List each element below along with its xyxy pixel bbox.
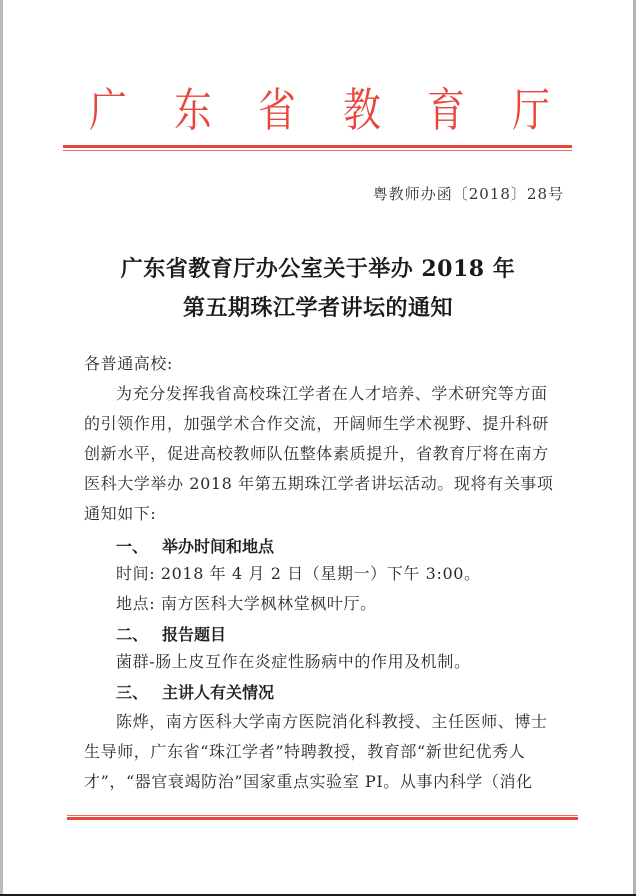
section-title: 主讲人有关情况 <box>162 683 274 702</box>
section-heading-time-place: 一、举办时间和地点 <box>116 534 274 557</box>
document-number: 粤教师办函〔2018〕28号 <box>373 183 564 204</box>
document-title-line-1: 广东省教育厅办公室关于举办 2018 年 <box>0 252 636 283</box>
section-number: 二、 <box>116 625 148 644</box>
section-title: 举办时间和地点 <box>162 537 274 556</box>
letterhead-char: 厅 <box>512 80 550 140</box>
letterhead-rule-thin <box>63 150 572 151</box>
intro-line: 创新水平，促进高校教师队伍整体素质提升，省教育厅将在南方 <box>84 444 549 464</box>
letterhead-char: 广 <box>89 80 127 140</box>
letterhead-char: 东 <box>174 80 212 140</box>
letterhead-char: 育 <box>428 80 466 140</box>
intro-line: 通知如下: <box>84 504 156 524</box>
intro-line: 的引领作用，加强学术合作交流，开阔师生学术视野、提升科研 <box>84 414 549 434</box>
speaker-bio-line: 才”，“器官衰竭防治”国家重点实验室 PI。从事内科学（消化 <box>84 772 533 792</box>
event-location: 地点: 南方医科大学枫林堂枫叶厅。 <box>116 594 377 614</box>
event-time: 时间: 2018 年 4 月 2 日（星期一）下午 3:00。 <box>116 564 481 584</box>
section-heading-speaker: 三、主讲人有关情况 <box>116 680 274 703</box>
salutation: 各普通高校: <box>84 354 173 374</box>
section-title: 报告题目 <box>162 625 226 644</box>
letterhead-char: 教 <box>343 80 381 140</box>
letterhead-char: 省 <box>258 80 296 140</box>
letterhead-org-name: 广 东 省 教 育 厅 <box>63 80 572 140</box>
scan-edge-left <box>0 0 3 896</box>
section-number: 三、 <box>116 683 148 702</box>
report-topic: 菌群-肠上皮互作在炎症性肠病中的作用及机制。 <box>116 652 471 672</box>
intro-line: 为充分发挥我省高校珠江学者在人才培养、学术研究等方面 <box>116 384 548 404</box>
section-heading-report-topic: 二、报告题目 <box>116 622 226 645</box>
document-title-line-2: 第五期珠江学者讲坛的通知 <box>0 291 636 322</box>
footer-rule-thick <box>67 817 578 820</box>
speaker-bio-line: 陈烨，南方医科大学南方医院消化科教授、主任医师、博士 <box>116 712 548 732</box>
speaker-bio-line: 生导师，广东省“珠江学者”特聘教授，教育部“新世纪优秀人 <box>84 742 525 762</box>
intro-line: 医科大学举办 2018 年第五期珠江学者讲坛活动。现将有关事项 <box>84 474 554 494</box>
section-number: 一、 <box>116 537 148 556</box>
footer-rule-thin <box>67 815 578 816</box>
letterhead-rule-thick <box>63 145 572 148</box>
